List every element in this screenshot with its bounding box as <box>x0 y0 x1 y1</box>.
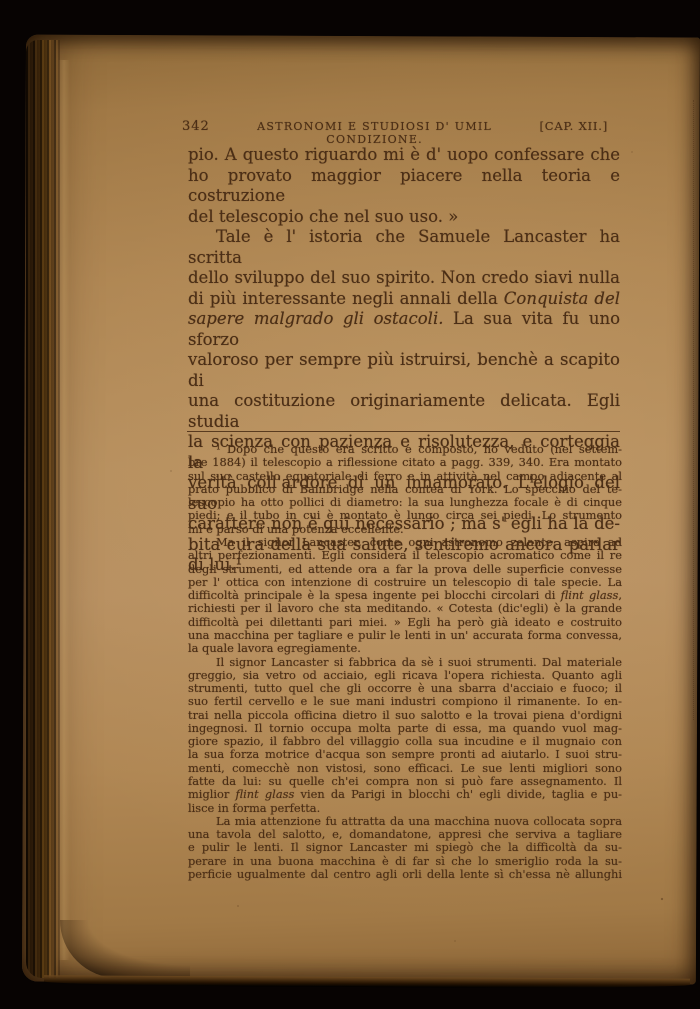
text-line: valoroso per sempre più istruirsi, bench… <box>188 350 620 391</box>
text-line: Ma il signor Lancaster, come ogni astron… <box>188 536 622 549</box>
text-line: pio. A questo riguardo mi è d' uopo conf… <box>188 145 620 166</box>
text-line: di più interessante negli annali della C… <box>188 289 620 310</box>
text-line: richiesti per il lavoro che sta meditand… <box>188 602 622 615</box>
text-line: suo fertil cervello e le sue mani indust… <box>188 695 622 708</box>
text-line: prato pubblico di Bainbridge nella conte… <box>188 483 622 496</box>
footnote-text: ¹ Dopo che questo era scritto e composto… <box>188 443 622 881</box>
text-line: giore spazio, il fabbro del villaggio co… <box>188 735 622 748</box>
text-line: miglior flint glass vien da Parigi in bl… <box>188 788 622 801</box>
text-line: ho provato maggior piacere nella teoria … <box>188 166 620 207</box>
text-line: sapere malgrado gli ostacoli. La sua vit… <box>188 309 620 350</box>
text-line: bre 1884) il telescopio a riflessione ci… <box>188 456 622 469</box>
text-line: perficie ugualmente dal centro agli orli… <box>188 868 622 881</box>
footnote-divider <box>187 431 620 432</box>
text-line: una costituzione originariamente delicat… <box>188 391 620 432</box>
text-line: Il signor Lancaster si fabbrica da sè i … <box>188 656 622 669</box>
text-line: difficoltà principale è la spesa ingente… <box>188 589 622 602</box>
text-line: altri perfezionamenti. Egli considera il… <box>188 549 622 562</box>
page-edge-highlight <box>58 60 70 960</box>
bottom-page-edge <box>44 975 690 988</box>
text-line: una tavola del salotto, e, domandatone, … <box>188 828 622 841</box>
text-line: menti, comecchè non vistosi, sono effica… <box>188 762 622 775</box>
text-line: difficoltà pei dilettanti pari miei. » E… <box>188 616 622 629</box>
running-header: 342 ASTRONOMI E STUDIOSI D' UMIL CONDIZI… <box>182 119 608 146</box>
text-line: strumenti, tutto quel che gli occorre è … <box>188 682 622 695</box>
text-line: lisce in forma perfetta. <box>188 802 622 815</box>
page-number: 342 <box>182 119 210 134</box>
text-line: la quale lavora egregiamente. <box>188 642 622 655</box>
text-line: Tale è l' istoria che Samuele Lancaster … <box>188 227 620 268</box>
page-stack-edge <box>26 40 60 978</box>
book-scan: 342 ASTRONOMI E STUDIOSI D' UMIL CONDIZI… <box>0 0 700 1009</box>
gutter-crease <box>693 100 694 720</box>
text-line: lescopio ha otto pollici di diametro: la… <box>188 496 622 509</box>
text-line: per l' ottica con intenzione di costruir… <box>188 576 622 589</box>
text-line: sul suo castello equatoriale di ferro e … <box>188 470 622 483</box>
running-title: ASTRONOMI E STUDIOSI D' UMIL CONDIZIONE. <box>210 120 540 146</box>
chapter-label: [CAP. XII.] <box>539 119 608 133</box>
text-line: mi è parso di una potenza eccellente. <box>188 523 622 536</box>
text-line: piedi; e il tubo in cui è montato è lung… <box>188 509 622 522</box>
text-line: ¹ Dopo che questo era scritto e composto… <box>188 443 622 456</box>
text-line: ingegnosi. Il tornio occupa molta parte … <box>188 722 622 735</box>
text-line: la sua forza motrice d'acqua son sempre … <box>188 748 622 761</box>
text-line: degli strumenti, ed attende ora a far la… <box>188 563 622 576</box>
text-line: una macchina per tagliare e pulir le len… <box>188 629 622 642</box>
text-line: fatte da lui: su quelle ch'ei compra non… <box>188 775 622 788</box>
text-line: dello sviluppo del suo spirito. Non cred… <box>188 268 620 289</box>
text-line: greggio, sia vetro od acciaio, egli rica… <box>188 669 622 682</box>
text-line: del telescopio che nel suo uso. » <box>188 207 620 228</box>
text-line: trai nella piccola officina dietro il su… <box>188 709 622 722</box>
text-line: perare in una buona macchina è di far sì… <box>188 855 622 868</box>
text-line: La mia attenzione fu attratta da una mac… <box>188 815 622 828</box>
text-line: e pulir le lenti. Il signor Lancaster mi… <box>188 841 622 854</box>
